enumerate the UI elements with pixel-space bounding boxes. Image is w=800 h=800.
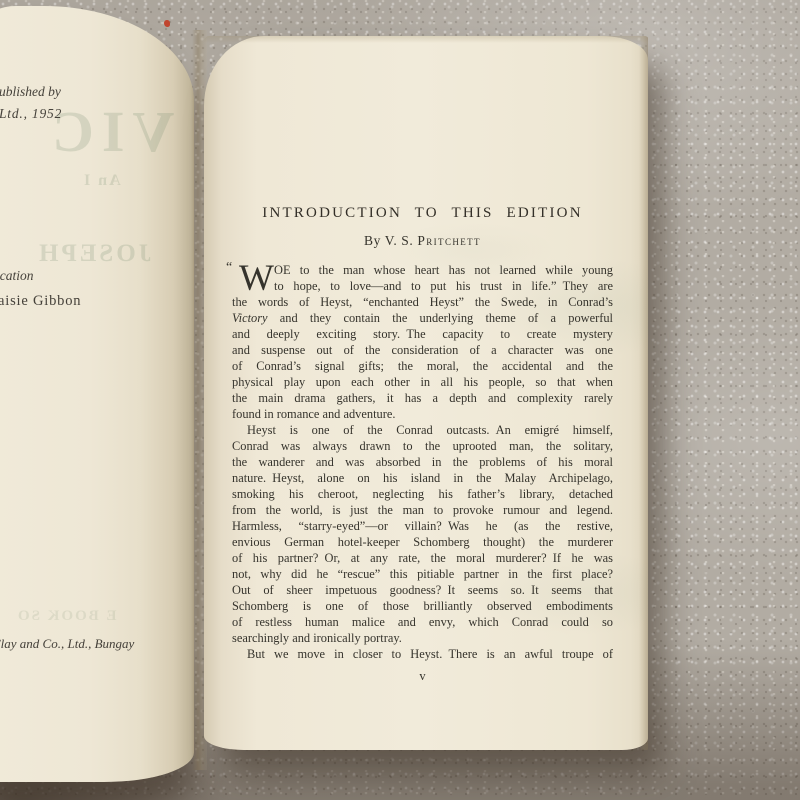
paragraph: “WOE to the man whose heart has not lear… <box>232 262 613 422</box>
text-line: Conrad was always drawn to the uprooted … <box>232 438 613 454</box>
red-speck-on-page-edge <box>164 20 170 27</box>
text-line: found in romance and adventure. <box>232 406 613 422</box>
show-through-subtitle: An I <box>82 172 121 190</box>
photo-of-open-book: { "scene": { "carpet_color": "#b2aca3", … <box>0 0 800 800</box>
text-line: Victory and they contain the underlying … <box>232 310 613 326</box>
text-line: the main drama gathers, it has a depth a… <box>232 390 613 406</box>
publisher-fragment-line-2: Ltd., 1952 <box>0 106 62 122</box>
paragraph: Heyst is one of the Conrad outcasts. An … <box>232 422 613 646</box>
italic-text: Victory <box>232 311 268 325</box>
show-through-author: JOSEPH <box>36 240 151 268</box>
open-book: VIC An I JOSEPH E BOOK SO ublished by Lt… <box>0 0 800 800</box>
page-right-edge <box>639 36 648 750</box>
paragraph: But we move in closer to Heyst. There is… <box>232 646 613 662</box>
byline-prefix: By V. S. <box>364 233 417 248</box>
printer-imprint-fragment: Clay and Co., Ltd., Bungay <box>0 636 134 652</box>
text-line: envious German hotel-keeper Schomberg th… <box>232 534 613 550</box>
text-line: Harmless, “starry-eyed”—or villain? Was … <box>232 518 613 534</box>
opening-quote-mark: “ <box>226 260 232 276</box>
text-line: from the world, is just the man to provo… <box>232 502 613 518</box>
text-line: smoking his cheroot, neglecting his fath… <box>232 486 613 502</box>
dedication-fragment: ication <box>0 268 34 284</box>
text-line: the wanderer and was absorbed in the pro… <box>232 454 613 470</box>
drop-cap: W <box>239 263 274 294</box>
text-line: the words of Heyst, “enchanted Heyst” th… <box>232 294 613 310</box>
text-line: But we move in closer to Heyst. There is… <box>232 646 613 662</box>
right-page: INTRODUCTION TO THIS EDITION By V. S. Pr… <box>204 36 648 750</box>
page-number: v <box>232 669 613 684</box>
text-line: and suspense out of the consideration of… <box>232 342 613 358</box>
page-top-edge <box>204 36 648 43</box>
text-line: Heyst is one of the Conrad outcasts. An … <box>232 422 613 438</box>
chapter-title: INTRODUCTION TO THIS EDITION <box>232 204 613 222</box>
left-page: VIC An I JOSEPH E BOOK SO ublished by Lt… <box>0 6 194 782</box>
show-through-book-society: E BOOK SO <box>16 608 117 625</box>
show-through-victory-title: VIC <box>44 98 174 165</box>
text-line: Schomberg is one of those brilliantly ob… <box>232 598 613 614</box>
body-text: “WOE to the man whose heart has not lear… <box>232 262 613 662</box>
dedicatee-name-fragment: aisie Gibbon <box>0 293 81 310</box>
byline: By V. S. Pritchett <box>232 233 613 250</box>
text-line: Out of sheer impetuous goodness? It seem… <box>232 582 613 598</box>
text-line: not, why did he “rescue” this pitiable p… <box>232 566 613 582</box>
text-line: to hope, to love—and to put his trust in… <box>232 278 613 294</box>
text-line: searchingly and ironically portray. <box>232 630 613 646</box>
page-content: INTRODUCTION TO THIS EDITION By V. S. Pr… <box>232 204 613 684</box>
publisher-fragment-line-1: ublished by <box>0 84 61 100</box>
plain-text: and they contain the underlying theme of… <box>268 311 613 325</box>
text-line: OE to the man whose heart has not learne… <box>232 262 613 278</box>
text-line: nature. Heyst, alone on his island in th… <box>232 470 613 486</box>
text-line: physical play upon each other in all his… <box>232 374 613 390</box>
byline-surname: Pritchett <box>417 233 481 248</box>
text-line: and deeply exciting story. The capacity … <box>232 326 613 342</box>
text-line: of Conrad’s signal gifts; the moral, the… <box>232 358 613 374</box>
text-line: of restless human malice and envy, which… <box>232 614 613 630</box>
text-line: of his partner? Or, at any rate, the mor… <box>232 550 613 566</box>
